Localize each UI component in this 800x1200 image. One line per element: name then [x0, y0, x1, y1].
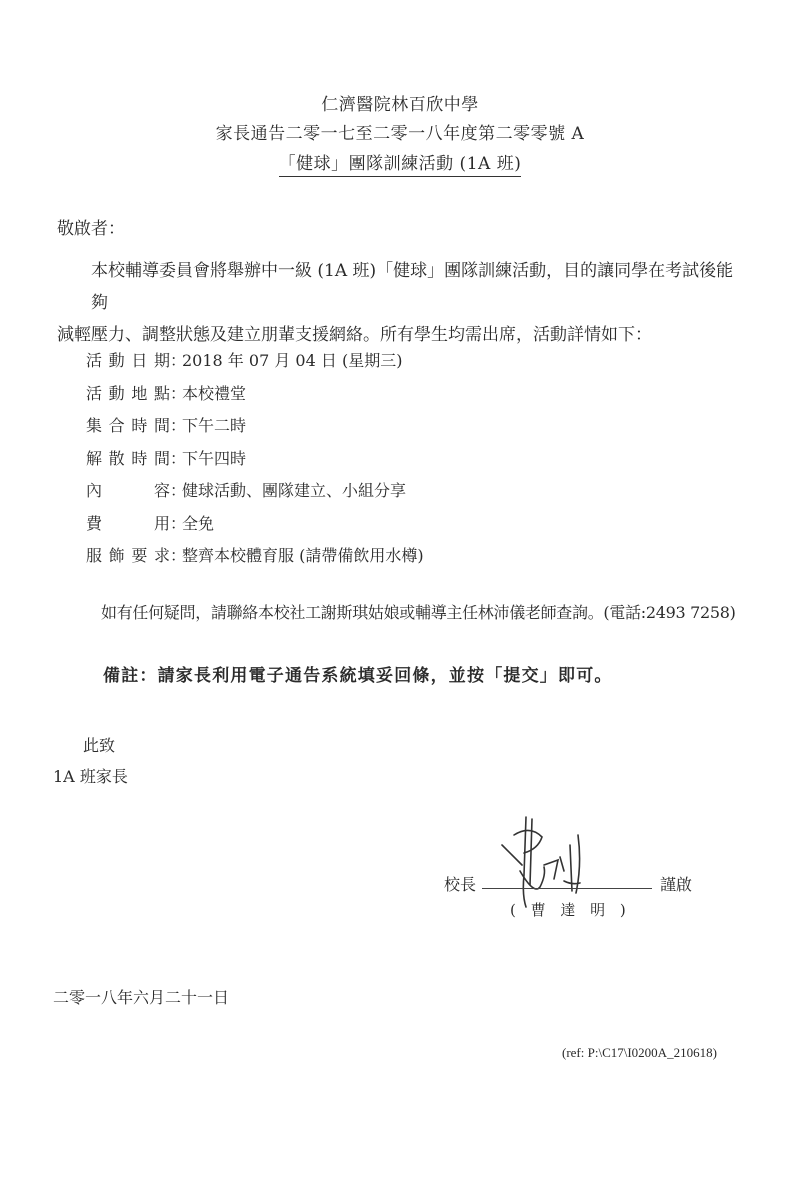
school-name: 仁濟醫院林百欣中學 — [0, 90, 800, 115]
detail-label: 集合時間 — [86, 413, 170, 446]
detail-label: 內容 — [86, 478, 170, 511]
signatory-title: 校長 — [444, 872, 476, 895]
detail-row-content: 內容 ： 健球活動、團隊建立、小組分享 — [86, 478, 424, 511]
issue-date: 二零一八年六月二十一日 — [53, 985, 229, 1008]
colon: ： — [170, 543, 182, 576]
notice-title-text: 「健球」團隊訓練活動 (1A 班) — [279, 154, 522, 177]
body-line-2: 減輕壓力、調整狀態及建立朋輩支援網絡。所有學生均需出席，活動詳情如下： — [57, 325, 652, 345]
colon: ： — [170, 348, 182, 381]
detail-row-fee: 費用 ： 全免 — [86, 511, 424, 544]
signatory-name: ( 曹 達 明 ) — [510, 899, 631, 920]
colon: ： — [170, 446, 182, 479]
notice-title: 「健球」團隊訓練活動 (1A 班) — [0, 149, 800, 174]
activity-details: 活動日期 ： 2018 年 07 月 04 日 (星期三) 活動地點 ： 本校禮… — [86, 348, 424, 576]
body-paragraph: 本校輔導委員會將舉辦中一級 (1A 班)「健球」團隊訓練活動，目的讓同學在考試後… — [57, 255, 747, 351]
detail-label: 解散時間 — [86, 446, 170, 479]
reference-code: (ref: P:\C17\I0200A_210618) — [562, 1045, 717, 1061]
detail-label: 費用 — [86, 511, 170, 544]
detail-value: 下午四時 — [182, 446, 246, 479]
detail-label: 活動日期 — [86, 348, 170, 381]
colon: ： — [170, 381, 182, 414]
notice-number: 家長通告二零一七至二零一八年度第二零零號 A — [0, 119, 800, 144]
detail-value: 健球活動、團隊建立、小組分享 — [182, 478, 406, 511]
detail-row-date: 活動日期 ： 2018 年 07 月 04 日 (星期三) — [86, 348, 424, 381]
contact-info: 如有任何疑問，請聯絡本校社工謝斯琪姑娘或輔導主任林沛儀老師查詢。(電話:2493… — [101, 600, 736, 623]
detail-row-dismissal-time: 解散時間 ： 下午四時 — [86, 446, 424, 479]
detail-value: 本校禮堂 — [182, 381, 246, 414]
signature-line — [482, 888, 652, 889]
detail-label: 服飾要求 — [86, 543, 170, 576]
salutation: 敬啟者： — [57, 214, 125, 239]
detail-value: 2018 年 07 月 04 日 (星期三) — [182, 348, 402, 381]
colon: ： — [170, 511, 182, 544]
detail-row-attire: 服飾要求 ： 整齊本校體育服 (請帶備飲用水樽) — [86, 543, 424, 576]
detail-row-assembly-time: 集合時間 ： 下午二時 — [86, 413, 424, 446]
colon: ： — [170, 478, 182, 511]
detail-value: 整齊本校體育服 (請帶備飲用水樽) — [182, 543, 424, 576]
recipient: 1A 班家長 — [53, 764, 128, 787]
detail-label: 活動地點 — [86, 381, 170, 414]
handwritten-signature-icon — [500, 815, 640, 910]
signature-ending: 謹啟 — [660, 872, 692, 895]
detail-value: 全免 — [182, 511, 214, 544]
closing: 此致 — [83, 733, 115, 756]
detail-value: 下午二時 — [182, 413, 246, 446]
body-line-1: 本校輔導委員會將舉辦中一級 (1A 班)「健球」團隊訓練活動，目的讓同學在考試後… — [57, 255, 747, 319]
colon: ： — [170, 413, 182, 446]
detail-row-venue: 活動地點 ： 本校禮堂 — [86, 381, 424, 414]
remark-note: 備註：請家長利用電子通告系統填妥回條，並按「提交」即可。 — [103, 661, 613, 686]
